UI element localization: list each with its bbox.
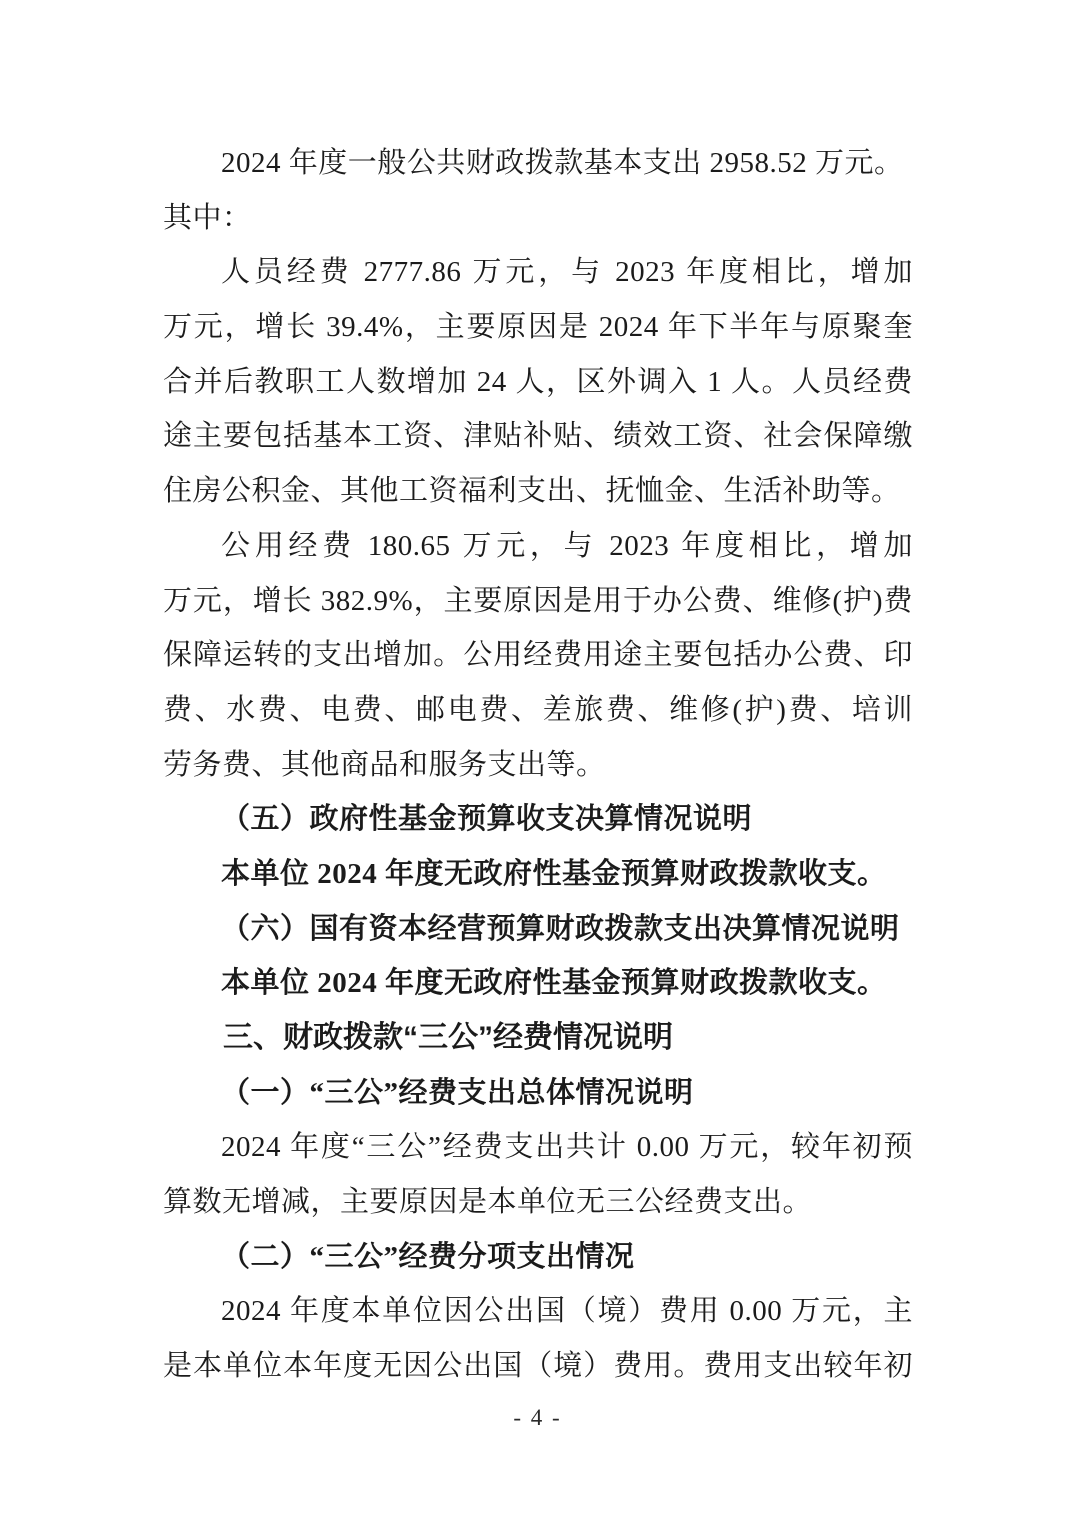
doc-line-2: 其中： bbox=[163, 191, 913, 246]
doc-line-22: 2024 年度本单位因公出国（境）费用 0.00 万元，主要 bbox=[163, 1284, 913, 1339]
subsection-heading-2: （二）“三公”经费分项支出情况 bbox=[163, 1230, 913, 1285]
subsection-heading-1: （一）“三公”经费支出总体情况说明 bbox=[163, 1066, 913, 1121]
section-heading-6: （六）国有资本经营预算财政拨款支出决算情况说明 bbox=[163, 902, 913, 957]
section-heading-5: （五）政府性基金预算收支决算情况说明 bbox=[163, 792, 913, 847]
doc-line-23: 是本单位本年度无因公出国（境）费用。费用支出较年初预 bbox=[163, 1339, 913, 1394]
doc-line-5: 合并后教职工人数增加 24 人，区外调入 1 人。人员经费用 bbox=[163, 355, 913, 410]
doc-line-1: 2024 年度一般公共财政拨款基本支出 2958.52 万元。 bbox=[163, 136, 913, 191]
doc-line-10: 保障运转的支出增加。公用经费用途主要包括办公费、印刷 bbox=[163, 628, 913, 683]
document-body: 2024 年度一般公共财政拨款基本支出 2958.52 万元。 其中： 人员经费… bbox=[163, 136, 913, 1394]
document-page: 2024 年度一般公共财政拨款基本支出 2958.52 万元。 其中： 人员经费… bbox=[0, 0, 1075, 1520]
doc-line-8: 公用经费 180.65 万元，与 2023 年度相比，增加 143.24 bbox=[163, 519, 913, 574]
doc-line-4: 万元，增长 39.4%，主要原因是 2024 年下半年与原聚奎镇中 bbox=[163, 300, 913, 355]
doc-line-12: 劳务费、其他商品和服务支出等。 bbox=[163, 738, 913, 793]
doc-line-9: 万元，增长 382.9%，主要原因是用于办公费、维修(护)费等 bbox=[163, 574, 913, 629]
doc-line-3: 人员经费 2777.86 万元，与 2023 年度相比，增加 785.46 bbox=[163, 245, 913, 300]
page-number: - 4 - bbox=[0, 1396, 1075, 1440]
chapter-heading-3: 三、财政拨款“三公”经费情况说明 bbox=[163, 1011, 913, 1066]
doc-line-20: 算数无增减，主要原因是本单位无三公经费支出。 bbox=[163, 1175, 913, 1230]
doc-line-7: 住房公积金、其他工资福利支出、抚恤金、生活补助等。 bbox=[163, 464, 913, 519]
section-5-body: 本单位 2024 年度无政府性基金预算财政拨款收支。 bbox=[163, 847, 913, 902]
section-6-body: 本单位 2024 年度无政府性基金预算财政拨款收支。 bbox=[163, 956, 913, 1011]
doc-line-6: 途主要包括基本工资、津贴补贴、绩效工资、社会保障缴费、 bbox=[163, 409, 913, 464]
doc-line-19: 2024 年度“三公”经费支出共计 0.00 万元，较年初预 bbox=[163, 1120, 913, 1175]
doc-line-11: 费、水费、电费、邮电费、差旅费、维修(护)费、培训费、 bbox=[163, 683, 913, 738]
